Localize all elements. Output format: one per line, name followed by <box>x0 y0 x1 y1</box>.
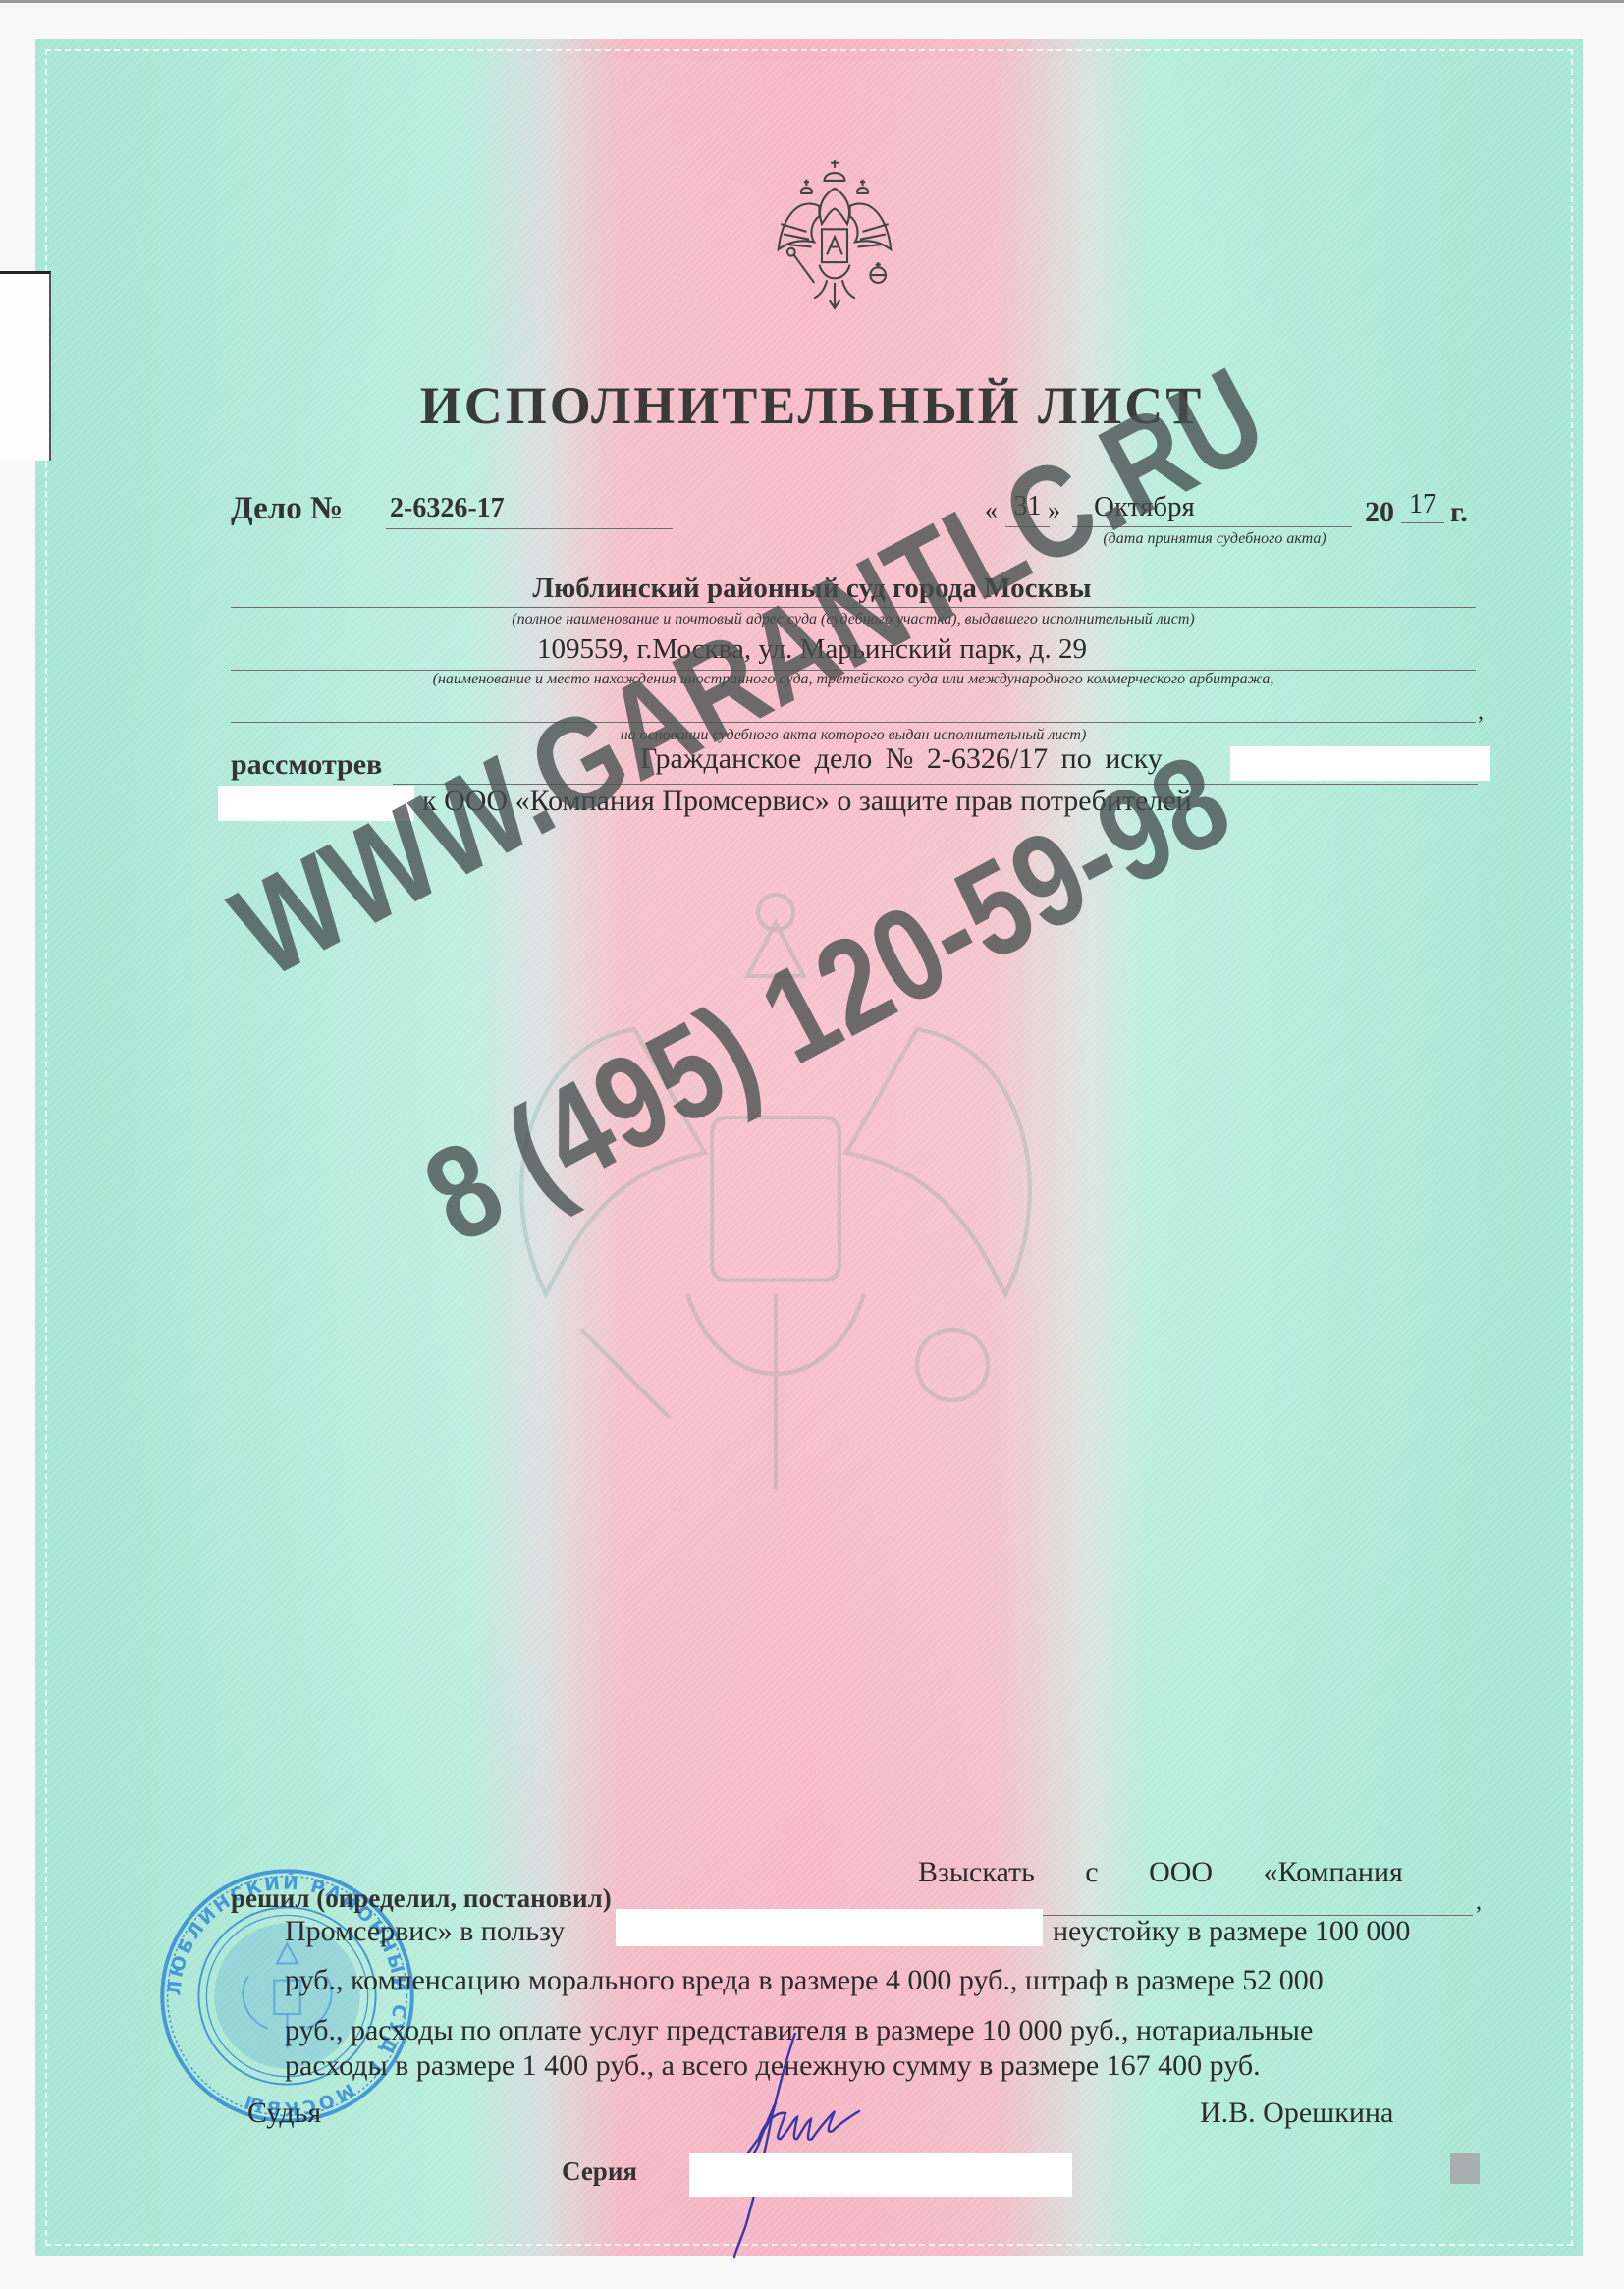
case-number-label: Дело № <box>231 491 343 527</box>
considered-label: рассмотрев <box>231 748 382 782</box>
document-title: ИСПОЛНИТЕЛЬНЫЙ ЛИСТ <box>0 375 1624 436</box>
case-number-line: 2-6326-17 <box>386 491 673 529</box>
redacted-plaintiff-name <box>1230 746 1490 781</box>
grey-marker-square <box>1450 2153 1480 2184</box>
scan-top-edge <box>0 0 1624 3</box>
date-year-prefix: 20 <box>1365 496 1394 529</box>
date-year-unit: г. <box>1450 496 1468 529</box>
redacted-series-number <box>689 2153 1072 2197</box>
decided-line-comma: , <box>1476 1889 1482 1916</box>
redacted-beneficiary-name <box>616 1909 1043 1946</box>
decision-line-2-start: Промсервис» в пользу <box>285 1915 565 1948</box>
judge-name: И.В. Орешкина <box>1200 2097 1393 2130</box>
judge-signature-icon <box>687 2033 943 2259</box>
decision-line-3: руб., компенсацию морального вреда в раз… <box>285 1964 1324 1997</box>
date-year-suffix: 17 <box>1409 489 1436 519</box>
decided-label: решил (определил, постановил) <box>231 1883 612 1914</box>
case-number: 2-6326-17 <box>390 493 505 523</box>
coat-of-arms-icon <box>771 157 898 324</box>
series-label: Серия <box>562 2156 637 2187</box>
judge-label: Судья <box>247 2097 321 2130</box>
blank-line-comma: , <box>1478 699 1484 726</box>
date-year-field: 17 <box>1401 489 1444 523</box>
decision-line-2-end: неустойку в размере 100 000 <box>1053 1915 1410 1948</box>
